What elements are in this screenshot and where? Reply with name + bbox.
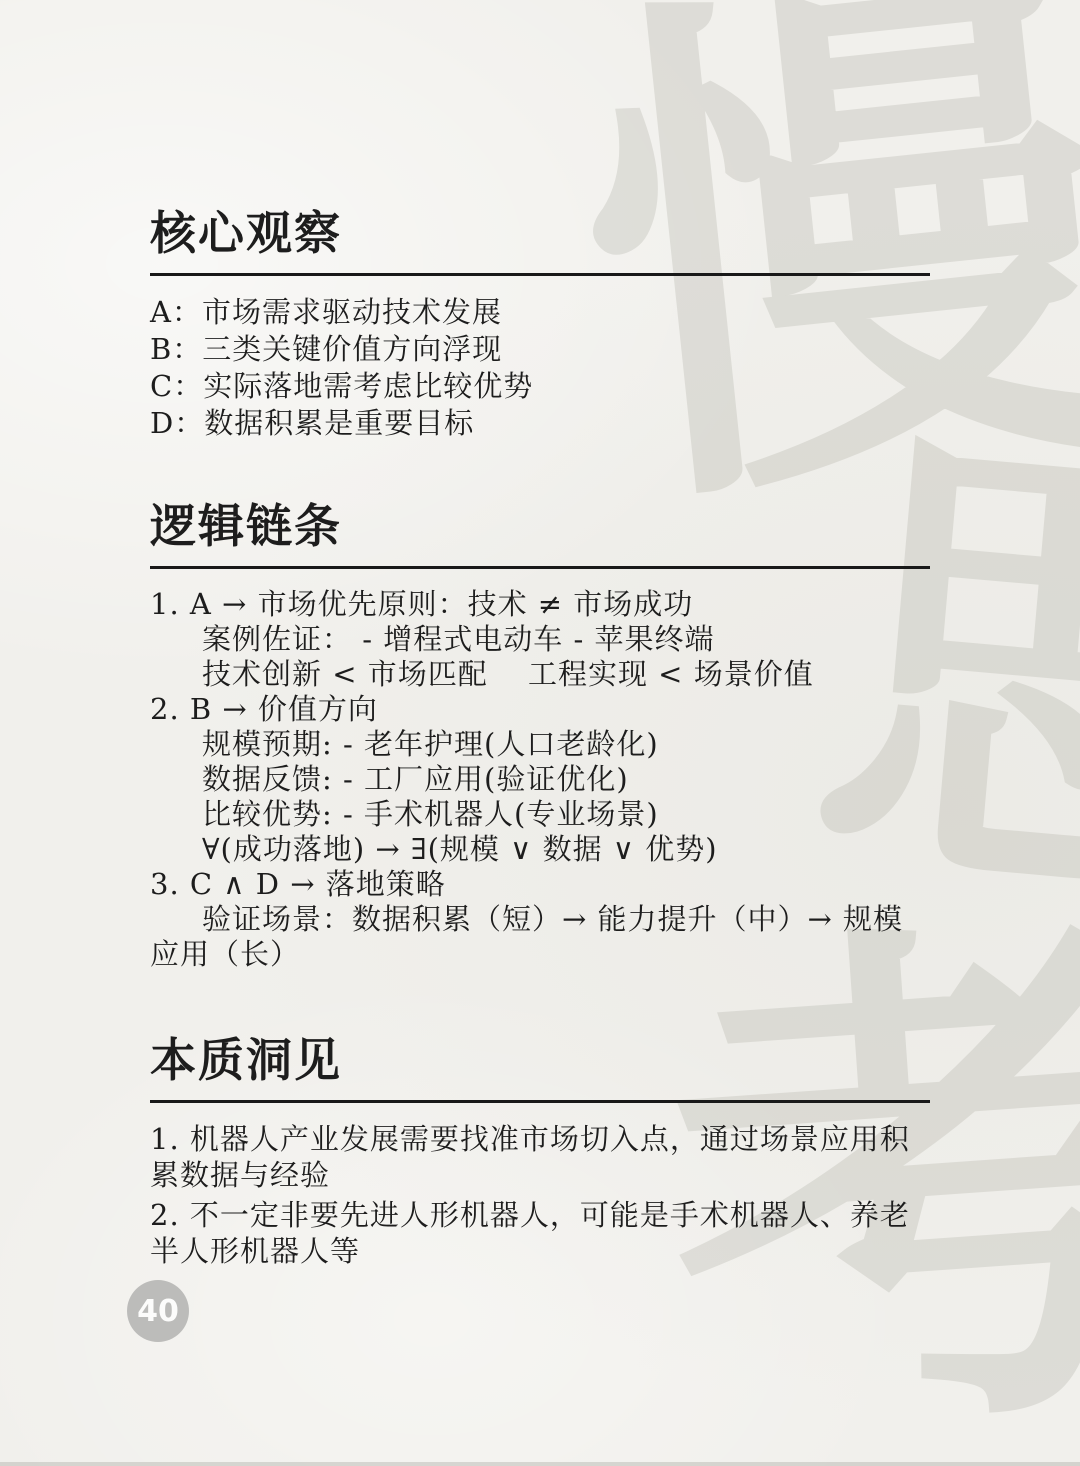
section-divider [150, 566, 930, 569]
logic-line: 比较优势: - 手术机器人(专业场景) [150, 797, 930, 832]
section-divider [150, 273, 930, 276]
observation-list: A：市场需求驱动技术发展 B：三类关键价值方向浮现 C：实际落地需考虑比较优势 … [150, 294, 930, 442]
observation-line: C：实际落地需考虑比较优势 [150, 368, 930, 405]
section-title: 核心观察 [150, 205, 930, 261]
logic-chain-list: 1. A → 市场优先原则：技术 ≠ 市场成功 案例佐证： - 增程式电动车 -… [150, 587, 930, 972]
page-number-badge: 40 [127, 1280, 189, 1342]
logic-line: 技术创新 < 市场匹配 工程实现 < 场景价值 [150, 657, 930, 692]
observation-line: A：市场需求驱动技术发展 [150, 294, 930, 331]
logic-line: 1. A → 市场优先原则：技术 ≠ 市场成功 [150, 587, 930, 622]
observation-line: D：数据积累是重要目标 [150, 405, 930, 442]
logic-line: 规模预期: - 老年护理(人口老龄化) [150, 727, 930, 762]
logic-line: ∀(成功落地) → ∃(规模 ∨ 数据 ∨ 优势) [150, 832, 930, 867]
logic-line: 3. C ∧ D → 落地策略 [150, 867, 930, 902]
notes-page: 慢 思 考 核心观察 A：市场需求驱动技术发展 B：三类关键价值方向浮现 C：实… [0, 0, 1080, 1466]
insight-line: 1. 机器人产业发展需要找准市场切入点，通过场景应用积累数据与经验 [150, 1121, 930, 1193]
insight-line: 2. 不一定非要先进人形机器人，可能是手术机器人、养老半人形机器人等 [150, 1197, 930, 1269]
page-number: 40 [137, 1294, 179, 1329]
logic-line: 2. B → 价值方向 [150, 692, 930, 727]
logic-line: 验证场景：数据积累（短）→ 能力提升（中）→ 规模应用（长） [150, 902, 930, 972]
observation-line: B：三类关键价值方向浮现 [150, 331, 930, 368]
section-essential-insights: 本质洞见 1. 机器人产业发展需要找准市场切入点，通过场景应用积累数据与经验 2… [150, 1032, 930, 1269]
section-core-observations: 核心观察 A：市场需求驱动技术发展 B：三类关键价值方向浮现 C：实际落地需考虑… [150, 205, 930, 442]
logic-line: 数据反馈: - 工厂应用(验证优化) [150, 762, 930, 797]
section-divider [150, 1100, 930, 1103]
section-logic-chain: 逻辑链条 1. A → 市场优先原则：技术 ≠ 市场成功 案例佐证： - 增程式… [150, 498, 930, 972]
page-content: 核心观察 A：市场需求驱动技术发展 B：三类关键价值方向浮现 C：实际落地需考虑… [150, 0, 930, 1273]
page-bottom-edge [0, 1462, 1080, 1466]
section-title: 本质洞见 [150, 1032, 930, 1088]
logic-line: 案例佐证： - 增程式电动车 - 苹果终端 [150, 622, 930, 657]
insight-list: 1. 机器人产业发展需要找准市场切入点，通过场景应用积累数据与经验 2. 不一定… [150, 1121, 930, 1269]
section-title: 逻辑链条 [150, 498, 930, 554]
